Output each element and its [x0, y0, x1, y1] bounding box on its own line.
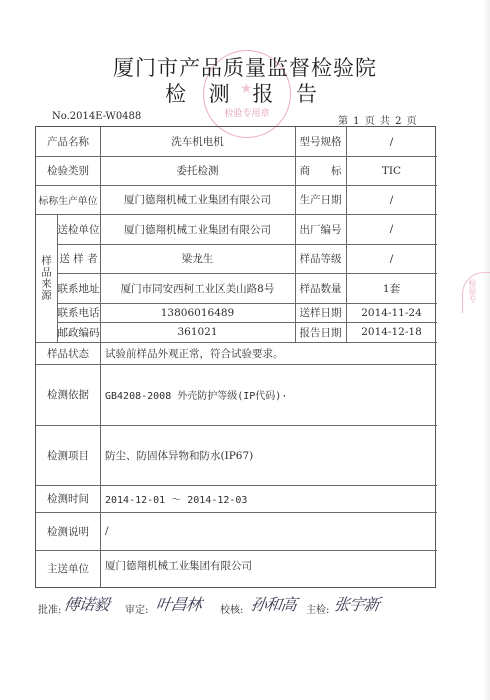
- label-sample-grade: 样品等级: [295, 244, 346, 273]
- value-submission-date: 2014-11-24: [346, 303, 437, 322]
- value-product-name: 洗车机电机: [100, 127, 295, 156]
- label-main-recipient: 主送单位: [36, 550, 100, 587]
- label-test-items: 检测项目: [36, 425, 100, 485]
- value-trademark: TIC: [346, 156, 437, 185]
- label-product-name: 产品名称: [36, 127, 100, 156]
- value-sender: 梁龙生: [100, 244, 295, 273]
- value-test-notes: /: [100, 512, 437, 550]
- label-submission-date: 送样日期: [295, 303, 346, 322]
- approve-signature: 傅诺毅: [62, 592, 110, 615]
- edge-seal-stamp: 检验专: [462, 272, 490, 313]
- value-test-items: 防尘、防固体异物和防水(IP67): [100, 425, 437, 485]
- label-sender: 送 样 者: [57, 244, 100, 273]
- value-submitting-unit: 厦门德翔机械工业集团有限公司: [100, 214, 295, 244]
- value-production-date: /: [346, 185, 437, 214]
- label-model-spec: 型号规格: [295, 127, 346, 156]
- label-factory-number: 出厂编号: [295, 214, 346, 244]
- value-manufacturer: 厦门德翔机械工业集团有限公司: [100, 185, 295, 214]
- value-sample-grade: /: [346, 244, 437, 273]
- label-trademark: 商 标: [295, 156, 346, 185]
- check-label: 校核:: [220, 601, 243, 616]
- label-sample-source-group: 样品来源: [36, 214, 57, 342]
- value-test-period: 2014-12-01 ～ 2014-12-03: [100, 485, 437, 512]
- value-inspection-type: 委托检测: [100, 156, 295, 185]
- label-contact-phone: 联系电话: [57, 303, 100, 322]
- label-production-date: 生产日期: [295, 185, 346, 214]
- value-report-date: 2014-12-18: [346, 322, 437, 342]
- label-submitting-unit: 送检单位: [57, 214, 100, 244]
- label-inspection-type: 检验类别: [36, 156, 100, 185]
- label-test-notes: 检测说明: [36, 512, 100, 550]
- label-test-basis: 检测依据: [36, 364, 100, 425]
- value-main-recipient: 厦门德翔机械工业集团有限公司: [100, 550, 437, 587]
- value-sample-quantity: 1套: [346, 273, 437, 303]
- value-sample-status: 试验前样品外观正常，符合试验要求。: [100, 342, 437, 364]
- review-label: 审定:: [125, 601, 148, 616]
- label-report-date: 报告日期: [295, 322, 346, 342]
- value-contact-address: 厦门市同安西柯工业区美山路8号: [100, 273, 295, 303]
- edge-seal-text: 检验专: [467, 279, 478, 303]
- value-postal-code: 361021: [100, 322, 295, 342]
- value-contact-phone: 13806016489: [100, 303, 295, 322]
- signature-row: 批准: 傅诺毅 审定: 叶昌林 校核: 孙和高 主检: 张宇新: [38, 592, 458, 620]
- value-factory-number: /: [346, 214, 437, 244]
- label-postal-code: 邮政编码: [57, 322, 100, 342]
- review-signature: 叶昌林: [154, 592, 202, 615]
- report-table: 产品名称 洗车机电机 型号规格 / 检验类别 委托检测 商 标 TIC 标称生产…: [35, 126, 436, 588]
- inspector-label: 主检:: [306, 601, 329, 616]
- inspector-signature: 张宇新: [332, 592, 380, 615]
- approve-label: 批准:: [38, 601, 61, 616]
- label-test-period: 检测时间: [36, 485, 100, 512]
- check-signature: 孙和高: [249, 592, 297, 615]
- page-indicator: 第 1 页 共 2 页: [338, 112, 417, 127]
- document-title: 检 测 报 告: [0, 78, 490, 108]
- label-contact-address: 联系地址: [57, 273, 100, 303]
- report-number: No.2014E-W0488: [52, 111, 141, 122]
- label-sample-status: 样品状态: [36, 342, 100, 364]
- value-model-spec: /: [346, 127, 437, 156]
- label-sample-quantity: 样品数量: [295, 273, 346, 303]
- label-manufacturer: 标称生产单位: [36, 185, 100, 214]
- value-test-basis: GB4208-2008 外壳防护等级(IP代码)·: [100, 364, 437, 425]
